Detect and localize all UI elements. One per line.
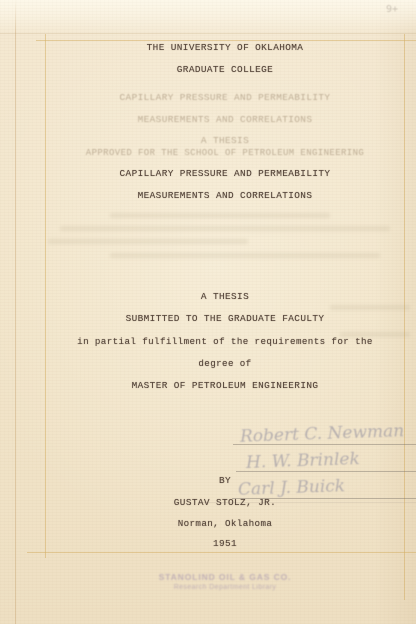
bleed-smudge: [330, 305, 410, 310]
library-stamp-line2: Research Department Library: [45, 584, 405, 591]
bleed-smudge: [48, 239, 248, 244]
by-label: BY: [45, 475, 405, 486]
signature-1: Robert C. Newman: [240, 421, 405, 447]
page-binding-edge: [0, 0, 19, 624]
thesis-title-line2: MEASUREMENTS AND CORRELATIONS: [45, 190, 405, 201]
ghost-approved-line: APPROVED FOR THE SCHOOL OF PETROLEUM ENG…: [45, 148, 405, 158]
signature-2: H. W. Brinlek: [246, 449, 360, 473]
pencil-mark: 9+: [386, 4, 398, 15]
author-city: Norman, Oklahoma: [45, 518, 405, 529]
border-frame-top: [36, 40, 416, 41]
thesis-statement-line4: degree of: [45, 358, 405, 369]
thesis-statement-line5: MASTER OF PETROLEUM ENGINEERING: [45, 380, 405, 391]
thesis-title-line1: CAPILLARY PRESSURE AND PERMEABILITY: [45, 168, 405, 179]
border-frame-bottom: [27, 552, 416, 553]
page-top-edge: [0, 0, 416, 33]
signature-rule-2: [236, 471, 416, 472]
university-name: THE UNIVERSITY OF OKLAHOMA: [45, 42, 405, 53]
bleed-smudge: [110, 213, 330, 218]
bleed-smudge: [110, 253, 380, 258]
library-stamp-line1: STANOLIND OIL & GAS CO.: [45, 572, 405, 582]
thesis-statement-line1: A THESIS: [45, 291, 405, 302]
year: 1951: [45, 538, 405, 549]
signature-rule-1: [233, 444, 416, 445]
ghost-title-line2: MEASUREMENTS AND CORRELATIONS: [45, 114, 405, 125]
thesis-statement-line3: in partial fulfillment of the requiremen…: [45, 336, 405, 347]
bleed-smudge: [60, 226, 390, 231]
page-edge-line: [15, 0, 16, 624]
author-name: GUSTAV STOLZ, JR.: [45, 497, 405, 508]
thesis-statement-line2: SUBMITTED TO THE GRADUATE FACULTY: [45, 313, 405, 324]
ghost-title-line1: CAPILLARY PRESSURE AND PERMEABILITY: [45, 92, 405, 103]
ghost-thesis-line: A THESIS: [45, 135, 405, 146]
college-name: GRADUATE COLLEGE: [45, 64, 405, 75]
scanned-thesis-page: 9+ THE UNIVERSITY OF OKLAHOMA GRADUATE C…: [0, 0, 416, 624]
page-top-edge-line: [0, 33, 416, 34]
